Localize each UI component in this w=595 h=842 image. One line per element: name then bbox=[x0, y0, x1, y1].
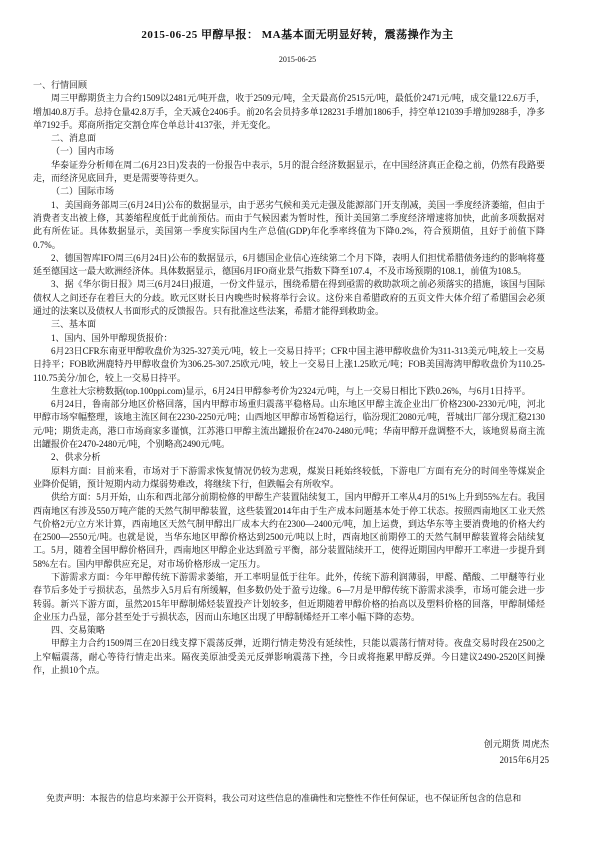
page-title: 2015-06-25 甲醇早报： MA基本面无明显好转，震荡操作为主 bbox=[0, 0, 595, 42]
supply-demand-paragraph-supply: 供给方面：5月开始，山东和西北部分前期检修的甲醇生产装置陆续复工，国内甲醇开工率… bbox=[33, 491, 545, 571]
section-heading-market-review: 一、行情回顾 bbox=[33, 79, 545, 92]
subsection-heading-spot-quotes: 1、国内、国外甲醇现货报价： bbox=[33, 332, 545, 345]
section-heading-news: 二、消息面 bbox=[33, 132, 545, 145]
supply-demand-paragraph-downstream: 下游需求方面：今年甲醇传统下游需求萎缩，开工率明显低于往年。此外，传统下游利润薄… bbox=[33, 571, 545, 624]
market-review-paragraph: 周三甲醇期货主力合约1509以2481元/吨开盘，收于2509元/吨，全天最高价… bbox=[33, 92, 545, 132]
spot-quotes-paragraph-2: 生意社大宗榜数据(top.100ppi.com)显示，6月24日甲醇参考价为23… bbox=[33, 385, 545, 398]
report-page: 2015-06-25 甲醇早报： MA基本面无明显好转，震荡操作为主 2015-… bbox=[0, 0, 595, 842]
spot-quotes-paragraph-1: 6月23日CFR东南亚甲醇收盘价为325-327美元/吨，较上一交易日持平；CF… bbox=[33, 345, 545, 385]
supply-demand-paragraph-raw-material: 原料方面：目前来看，市场对于下游需求恢复情况仍较为悲观，煤炭日耗始终较低，下游电… bbox=[33, 465, 545, 492]
signature-date: 2015年6月25 bbox=[484, 752, 549, 768]
signature-block: 创元期货 周虎杰 2015年6月25 bbox=[484, 736, 549, 768]
disclaimer-text: 免责声明：本报告的信息均来源于公开资料，我公司对这些信息的准确性和完整性不作任何… bbox=[33, 792, 581, 805]
trading-strategy-paragraph: 甲醇主力合约1509周三在20日线支撑下震荡反弹，近期行情走势没有延续性，只能以… bbox=[33, 637, 545, 677]
subsection-heading-supply-demand: 2、供求分析 bbox=[33, 451, 545, 464]
signature-author: 创元期货 周虎杰 bbox=[484, 736, 549, 752]
international-market-paragraph-1: 1、美国商务部周三(6月24日)公布的数据显示，由于恶劣气候和美元走强及能源部门… bbox=[33, 199, 545, 252]
subsection-heading-international-market: （二）国际市场 bbox=[33, 185, 545, 198]
section-heading-fundamentals: 三、基本面 bbox=[33, 318, 545, 331]
report-date: 2015-06-25 bbox=[0, 55, 595, 64]
section-heading-trading-strategy: 四、交易策略 bbox=[33, 624, 545, 637]
subsection-heading-domestic-market: （一）国内市场 bbox=[33, 145, 545, 158]
international-market-paragraph-2: 2、德国智库IFO周三(6月24日)公布的数据显示，6月德国企业信心连续第二个月… bbox=[33, 252, 545, 279]
domestic-market-paragraph: 华泰证券分析师在周二(6月23日)发表的一份报告中表示，5月的混合经济数据显示，… bbox=[33, 159, 545, 186]
report-body: 一、行情回顾 周三甲醇期货主力合约1509以2481元/吨开盘，收于2509元/… bbox=[33, 79, 545, 677]
spot-quotes-paragraph-3: 6月24日，鲁南部分地区价格回落，国内甲醇市场重归震荡平稳格局。山东地区甲醇主流… bbox=[33, 398, 545, 451]
international-market-paragraph-3: 3、据《华尔街日报》周三(6月24日)报道，一份文件显示，围绕希腊在得到亟需的救… bbox=[33, 278, 545, 318]
